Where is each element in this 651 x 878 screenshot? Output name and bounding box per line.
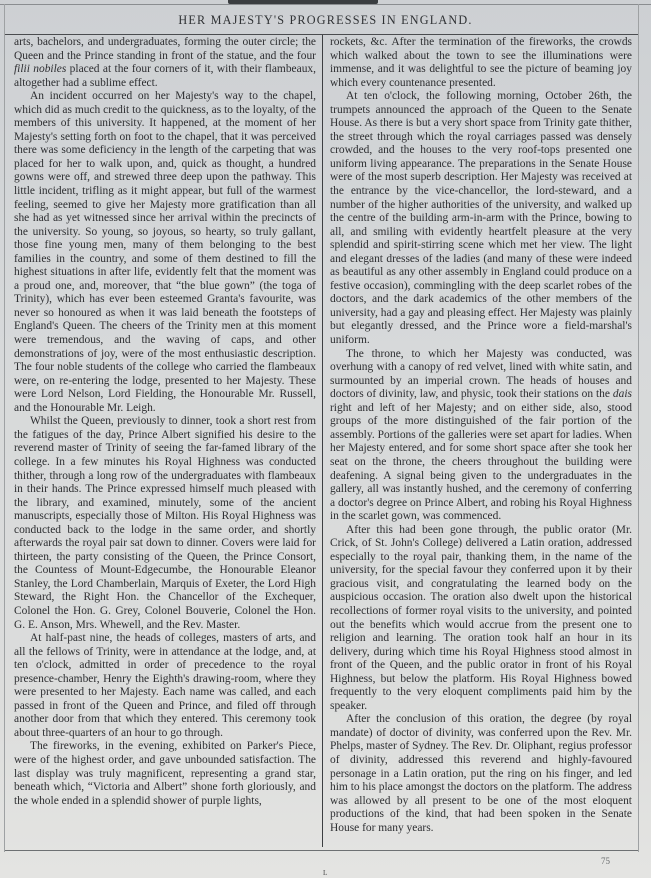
paragraph: Whilst the Queen, previously to dinner, … (14, 415, 316, 632)
italic-word: dais (613, 388, 632, 400)
paragraph: At half-past nine, the heads of colleges… (14, 632, 316, 740)
right-border (638, 4, 639, 852)
running-header: HER MAJESTY'S PROGRESSES IN ENGLAND. (0, 13, 651, 28)
signature-mark: L (323, 869, 327, 877)
paragraph: The throne, to which her Majesty was con… (330, 348, 632, 524)
paragraph: rockets, &c. After the termination of th… (330, 36, 632, 90)
paragraph: The fireworks, in the evening, exhibited… (14, 740, 316, 808)
paragraph: At ten o'clock, the following morning, O… (330, 90, 632, 347)
column-divider (322, 35, 323, 847)
paragraph: arts, bachelors, and undergraduates, for… (14, 36, 316, 90)
paragraph: After this had been gone through, the pu… (330, 524, 632, 714)
paragraph: An incident occurred on her Majesty's wa… (14, 90, 316, 415)
page-number: 75 (601, 856, 610, 866)
left-border (4, 4, 5, 852)
top-rule (0, 4, 651, 5)
document-page: HER MAJESTY'S PROGRESSES IN ENGLAND. art… (0, 0, 651, 878)
left-column: arts, bachelors, and undergraduates, for… (14, 36, 316, 808)
paragraph: After the conclusion of this oration, th… (330, 713, 632, 835)
right-column: rockets, &c. After the termination of th… (330, 36, 632, 835)
italic-phrase: filii nobiles (14, 63, 66, 75)
bottom-rule (5, 850, 638, 851)
